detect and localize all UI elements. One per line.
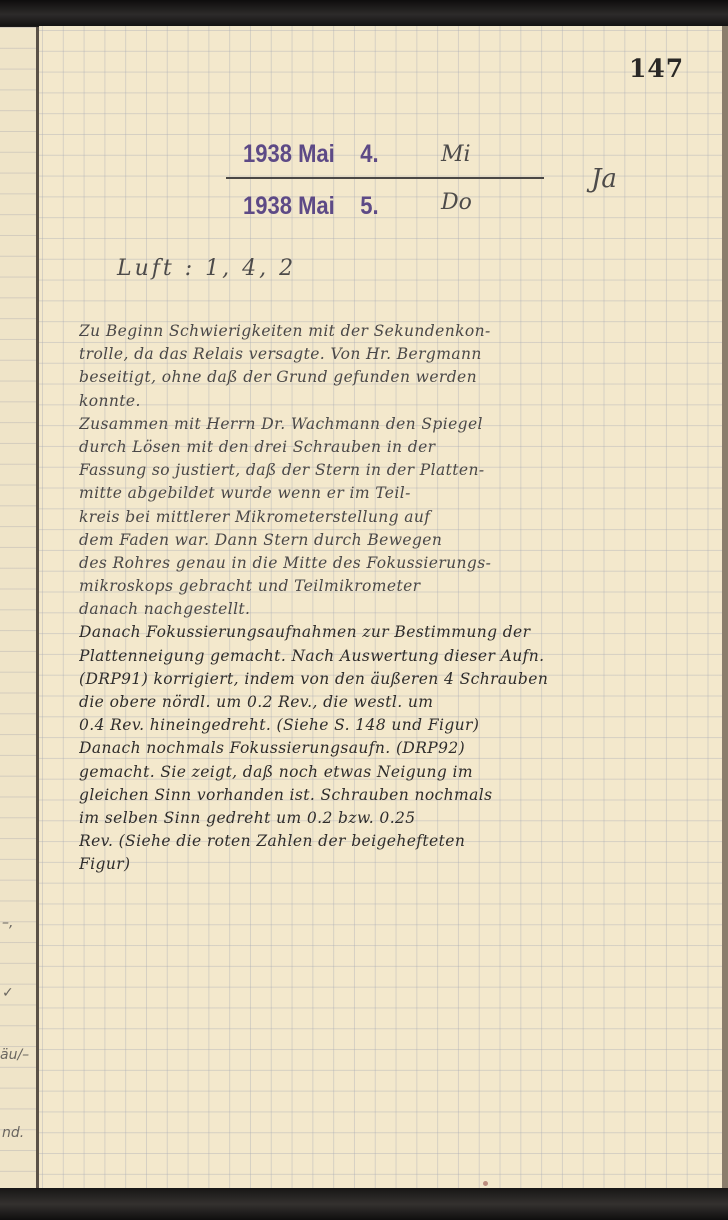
journal-line: Plattenneigung gemacht. Nach Auswertung … (79, 645, 719, 668)
journal-line: Zu Beginn Schwierigkeiten mit der Sekund… (79, 320, 719, 343)
journal-line: Rev. (Siehe die roten Zahlen der beigehe… (79, 830, 719, 853)
weekday-note-1: Mi (441, 142, 471, 167)
journal-line: durch Lösen mit den drei Schrauben in de… (79, 436, 719, 459)
journal-line: Danach Fokussierungsaufnahmen zur Bestim… (79, 621, 719, 644)
journal-line: (DRP91) korrigiert, indem von den äußere… (79, 668, 719, 691)
journal-line: mikroskops gebracht und Teilmikrometer (79, 575, 719, 598)
stamp-month: Mai (298, 192, 335, 220)
journal-line: des Rohres genau in die Mitte des Fokuss… (79, 552, 719, 575)
air-conditions-heading: Luft : 1, 4, 2 (117, 256, 296, 281)
notebook-binding-top (0, 0, 728, 26)
journal-line: konnte. (79, 390, 719, 413)
journal-line: im selben Sinn gedreht um 0.2 bzw. 0.25 (79, 807, 719, 830)
journal-line: dem Faden war. Dann Stern durch Bewegen (79, 529, 719, 552)
journal-line: Figur) (79, 853, 719, 876)
page-edge (722, 26, 728, 1188)
date-stamp-1: 1938 Mai 4. (243, 140, 379, 169)
journal-line: Danach nochmals Fokussierungsaufn. (DRP9… (79, 737, 719, 760)
journal-line: trolle, da das Relais versagte. Von Hr. … (79, 343, 719, 366)
journal-line: beseitigt, ohne daß der Grund gefunden w… (79, 366, 719, 389)
margin-fragment: –, (2, 915, 13, 931)
observer-initials: Ja (591, 164, 617, 194)
stamp-year: 1938 (243, 140, 292, 168)
stamp-day: 5. (360, 192, 378, 220)
journal-body: Zu Beginn Schwierigkeiten mit der Sekund… (79, 320, 719, 877)
journal-line: gemacht. Sie zeigt, daß noch etwas Neigu… (79, 761, 719, 784)
journal-line: Zusammen mit Herrn Dr. Wachmann den Spie… (79, 413, 719, 436)
margin-fragment: nd. (2, 1125, 24, 1141)
margin-fragment: äu/– (0, 1047, 29, 1063)
journal-line: 0.4 Rev. hineingedreht. (Siehe S. 148 un… (79, 714, 719, 737)
stamp-day: 4. (360, 140, 378, 168)
journal-line: gleichen Sinn vorhanden ist. Schrauben n… (79, 784, 719, 807)
journal-line: die obere nördl. um 0.2 Rev., die westl.… (79, 691, 719, 714)
journal-line: danach nachgestellt. (79, 598, 719, 621)
notebook-binding-bottom (0, 1188, 728, 1220)
journal-line: mitte abgebildet wurde wenn er im Teil- (79, 482, 719, 505)
stamp-month: Mai (298, 140, 335, 168)
notebook-page: 147 1938 Mai 4. Mi 1938 Mai 5. Do Ja Luf… (39, 26, 725, 1188)
date-stamp-2: 1938 Mai 5. (243, 192, 379, 221)
paper-stain (483, 1181, 488, 1186)
weekday-note-2: Do (441, 190, 472, 215)
stamp-divider-line (226, 177, 544, 179)
margin-fragment: ✓ (2, 985, 14, 1001)
journal-line: Fassung so justiert, daß der Stern in de… (79, 459, 719, 482)
previous-page-edge: –, ✓ äu/– nd. (0, 27, 39, 1189)
stamp-year: 1938 (243, 192, 292, 220)
journal-line: kreis bei mittlerer Mikrometerstellung a… (79, 506, 719, 529)
page-number: 147 (629, 54, 684, 83)
